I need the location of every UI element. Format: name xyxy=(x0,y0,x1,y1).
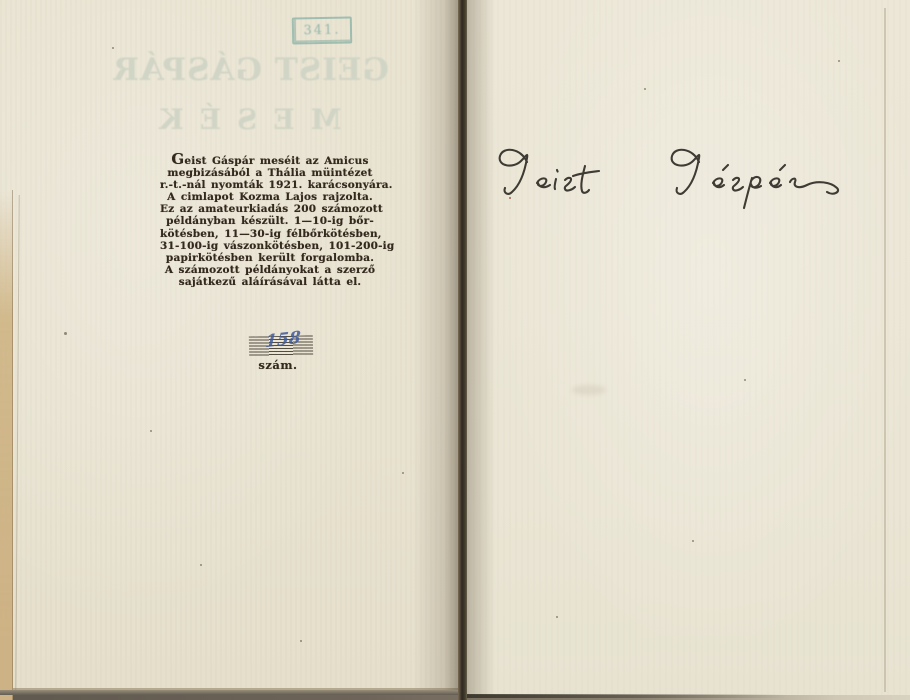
signature-stroke xyxy=(790,179,838,194)
paper-speck xyxy=(838,60,840,62)
signature-stroke xyxy=(744,177,761,208)
colophon-line: 31-100-ig vászonkötésben, 101-200-ig xyxy=(160,240,380,252)
colophon-drop-cap: G xyxy=(171,150,184,168)
showthrough-title-line1: GEIST GÁSPÁR xyxy=(103,52,398,88)
page-bottom-edge xyxy=(467,694,787,698)
paper-speck xyxy=(402,472,404,474)
page-edge-line xyxy=(884,8,886,692)
left-page: GEIST GÁSPÁR MESÉK 341. Geist Gáspár mes… xyxy=(0,0,458,690)
paper-speck xyxy=(112,47,114,49)
colophon-line: r.-t.-nál nyomták 1921. karácsonyára. xyxy=(160,179,380,191)
author-signature xyxy=(493,136,861,222)
colophon-line: Geist Gáspár meséit az Amicus xyxy=(160,153,380,167)
paper-speck xyxy=(300,640,302,642)
signature-stroke xyxy=(733,178,743,191)
paper-speck xyxy=(64,332,67,335)
colophon-line: kötésben, 11—30-ig félbőrkötésben, xyxy=(160,228,380,240)
paper-speck xyxy=(556,616,558,618)
colophon-line1-rest: eist Gáspár meséit az Amicus xyxy=(184,155,368,167)
colophon-line: A számozott példányokat a szerző xyxy=(160,264,380,276)
paper-speck xyxy=(744,379,746,381)
colophon-line: Ez az amateurkiadás 200 számozott xyxy=(160,203,380,215)
paper-speck xyxy=(692,540,694,542)
signature-stroke xyxy=(573,166,599,193)
showthrough-title: GEIST GÁSPÁR MESÉK xyxy=(103,52,398,136)
gutter-shadow xyxy=(413,0,458,690)
showthrough-title-line2: MESÉK xyxy=(103,103,398,136)
signature-stroke xyxy=(500,150,528,194)
signature-stroke xyxy=(672,150,700,194)
colophon-line: A cimlapot Kozma Lajos rajzolta. xyxy=(160,191,380,203)
book-scan: GEIST GÁSPÁR MESÉK 341. Geist Gáspár mes… xyxy=(0,0,910,700)
paper-smudge xyxy=(572,385,606,395)
signature-stroke xyxy=(537,178,550,187)
colophon-line: papirkötésben került forgalomba. xyxy=(160,252,380,264)
signature-stroke xyxy=(565,178,575,191)
right-page xyxy=(467,0,910,695)
colophon-text: Geist Gáspár meséit az Amicus megbizásáb… xyxy=(160,153,380,288)
book-cover-edge xyxy=(0,190,13,700)
signature-stroke xyxy=(713,165,728,187)
colophon-line: megbizásából a Thália müintézet xyxy=(160,167,380,179)
paper-speck xyxy=(200,564,202,566)
library-stamp-number: 341. xyxy=(303,23,340,39)
paper-speck xyxy=(644,88,646,90)
signature-stroke xyxy=(770,165,785,187)
paper-speck xyxy=(150,430,152,432)
page-bottom-edge xyxy=(0,690,458,695)
gutter-shadow xyxy=(467,0,495,695)
library-stamp: 341. xyxy=(292,16,352,44)
copy-number-label: szám. xyxy=(247,358,309,372)
colophon-line: sajátkezű aláírásával látta el. xyxy=(160,276,380,288)
book-gutter xyxy=(458,0,467,700)
colophon-line: példányban készült. 1—10-ig bőr- xyxy=(160,215,380,227)
signature-stroke xyxy=(555,170,558,189)
